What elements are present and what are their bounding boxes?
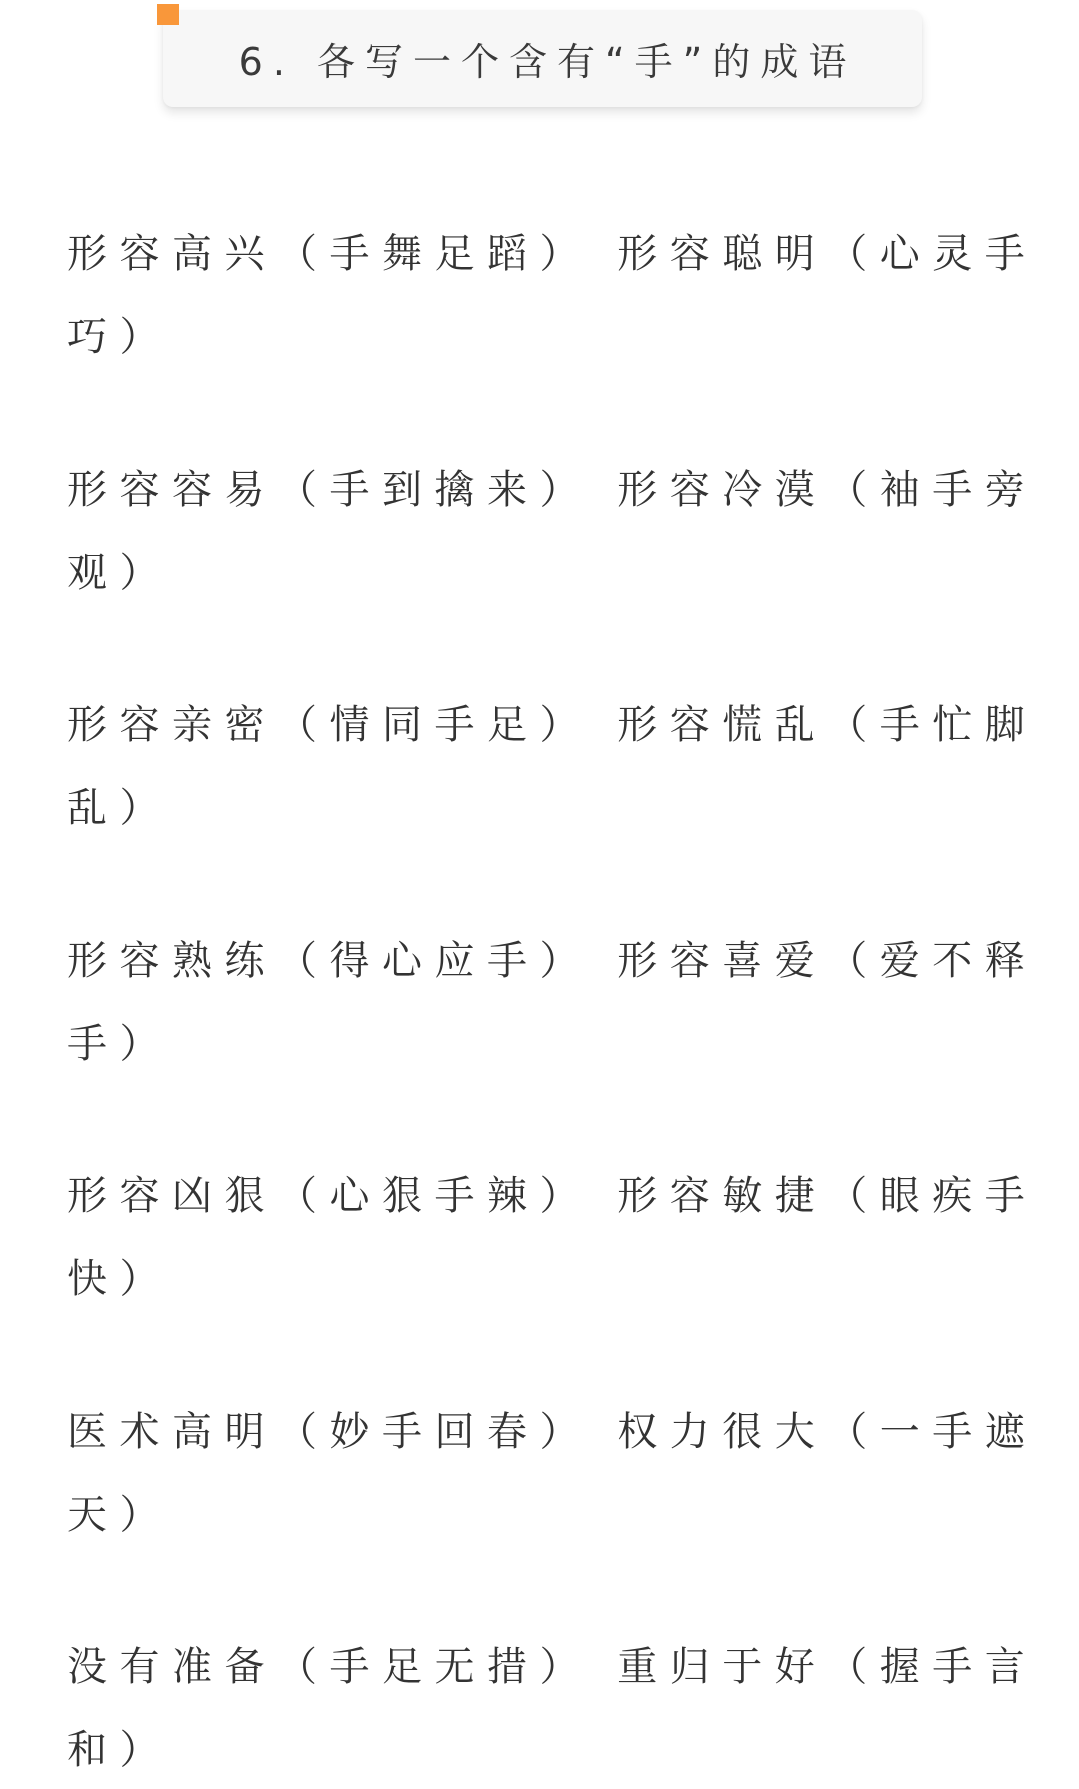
- idiom-row-line-2: 和）: [67, 1726, 172, 1774]
- idiom-row-line-1: 形容容易（手到擒来） 形容冷漠（袖手旁: [67, 466, 1037, 514]
- idiom-row-line-1: 没有准备（手足无措） 重归于好（握手言: [67, 1643, 1037, 1691]
- idiom-row-line-2: 观）: [67, 549, 172, 597]
- idiom-row-line-1: 形容熟练（得心应手） 形容喜爱（爱不释: [67, 937, 1037, 985]
- idiom-row-line-2: 巧）: [67, 313, 172, 361]
- accent-square-icon: [157, 4, 179, 25]
- idiom-row-line-2: 天）: [67, 1491, 172, 1539]
- section-title-box: 6. 各写一个含有“手”的成语: [163, 10, 922, 107]
- idiom-row-line-2: 手）: [67, 1020, 172, 1068]
- idiom-row-line-1: 形容亲密（情同手足） 形容慌乱（手忙脚: [67, 701, 1037, 749]
- idiom-row-line-2: 快）: [67, 1255, 172, 1303]
- section-title: 6. 各写一个含有“手”的成语: [239, 31, 857, 86]
- idiom-row-line-1: 形容凶狠（心狠手辣） 形容敏捷（眼疾手: [67, 1172, 1037, 1220]
- idiom-row-line-1: 形容高兴（手舞足蹈） 形容聪明（心灵手: [67, 230, 1037, 278]
- idiom-row-line-1: 医术高明（妙手回春） 权力很大（一手遮: [67, 1408, 1037, 1456]
- idiom-row-line-2: 乱）: [67, 784, 172, 832]
